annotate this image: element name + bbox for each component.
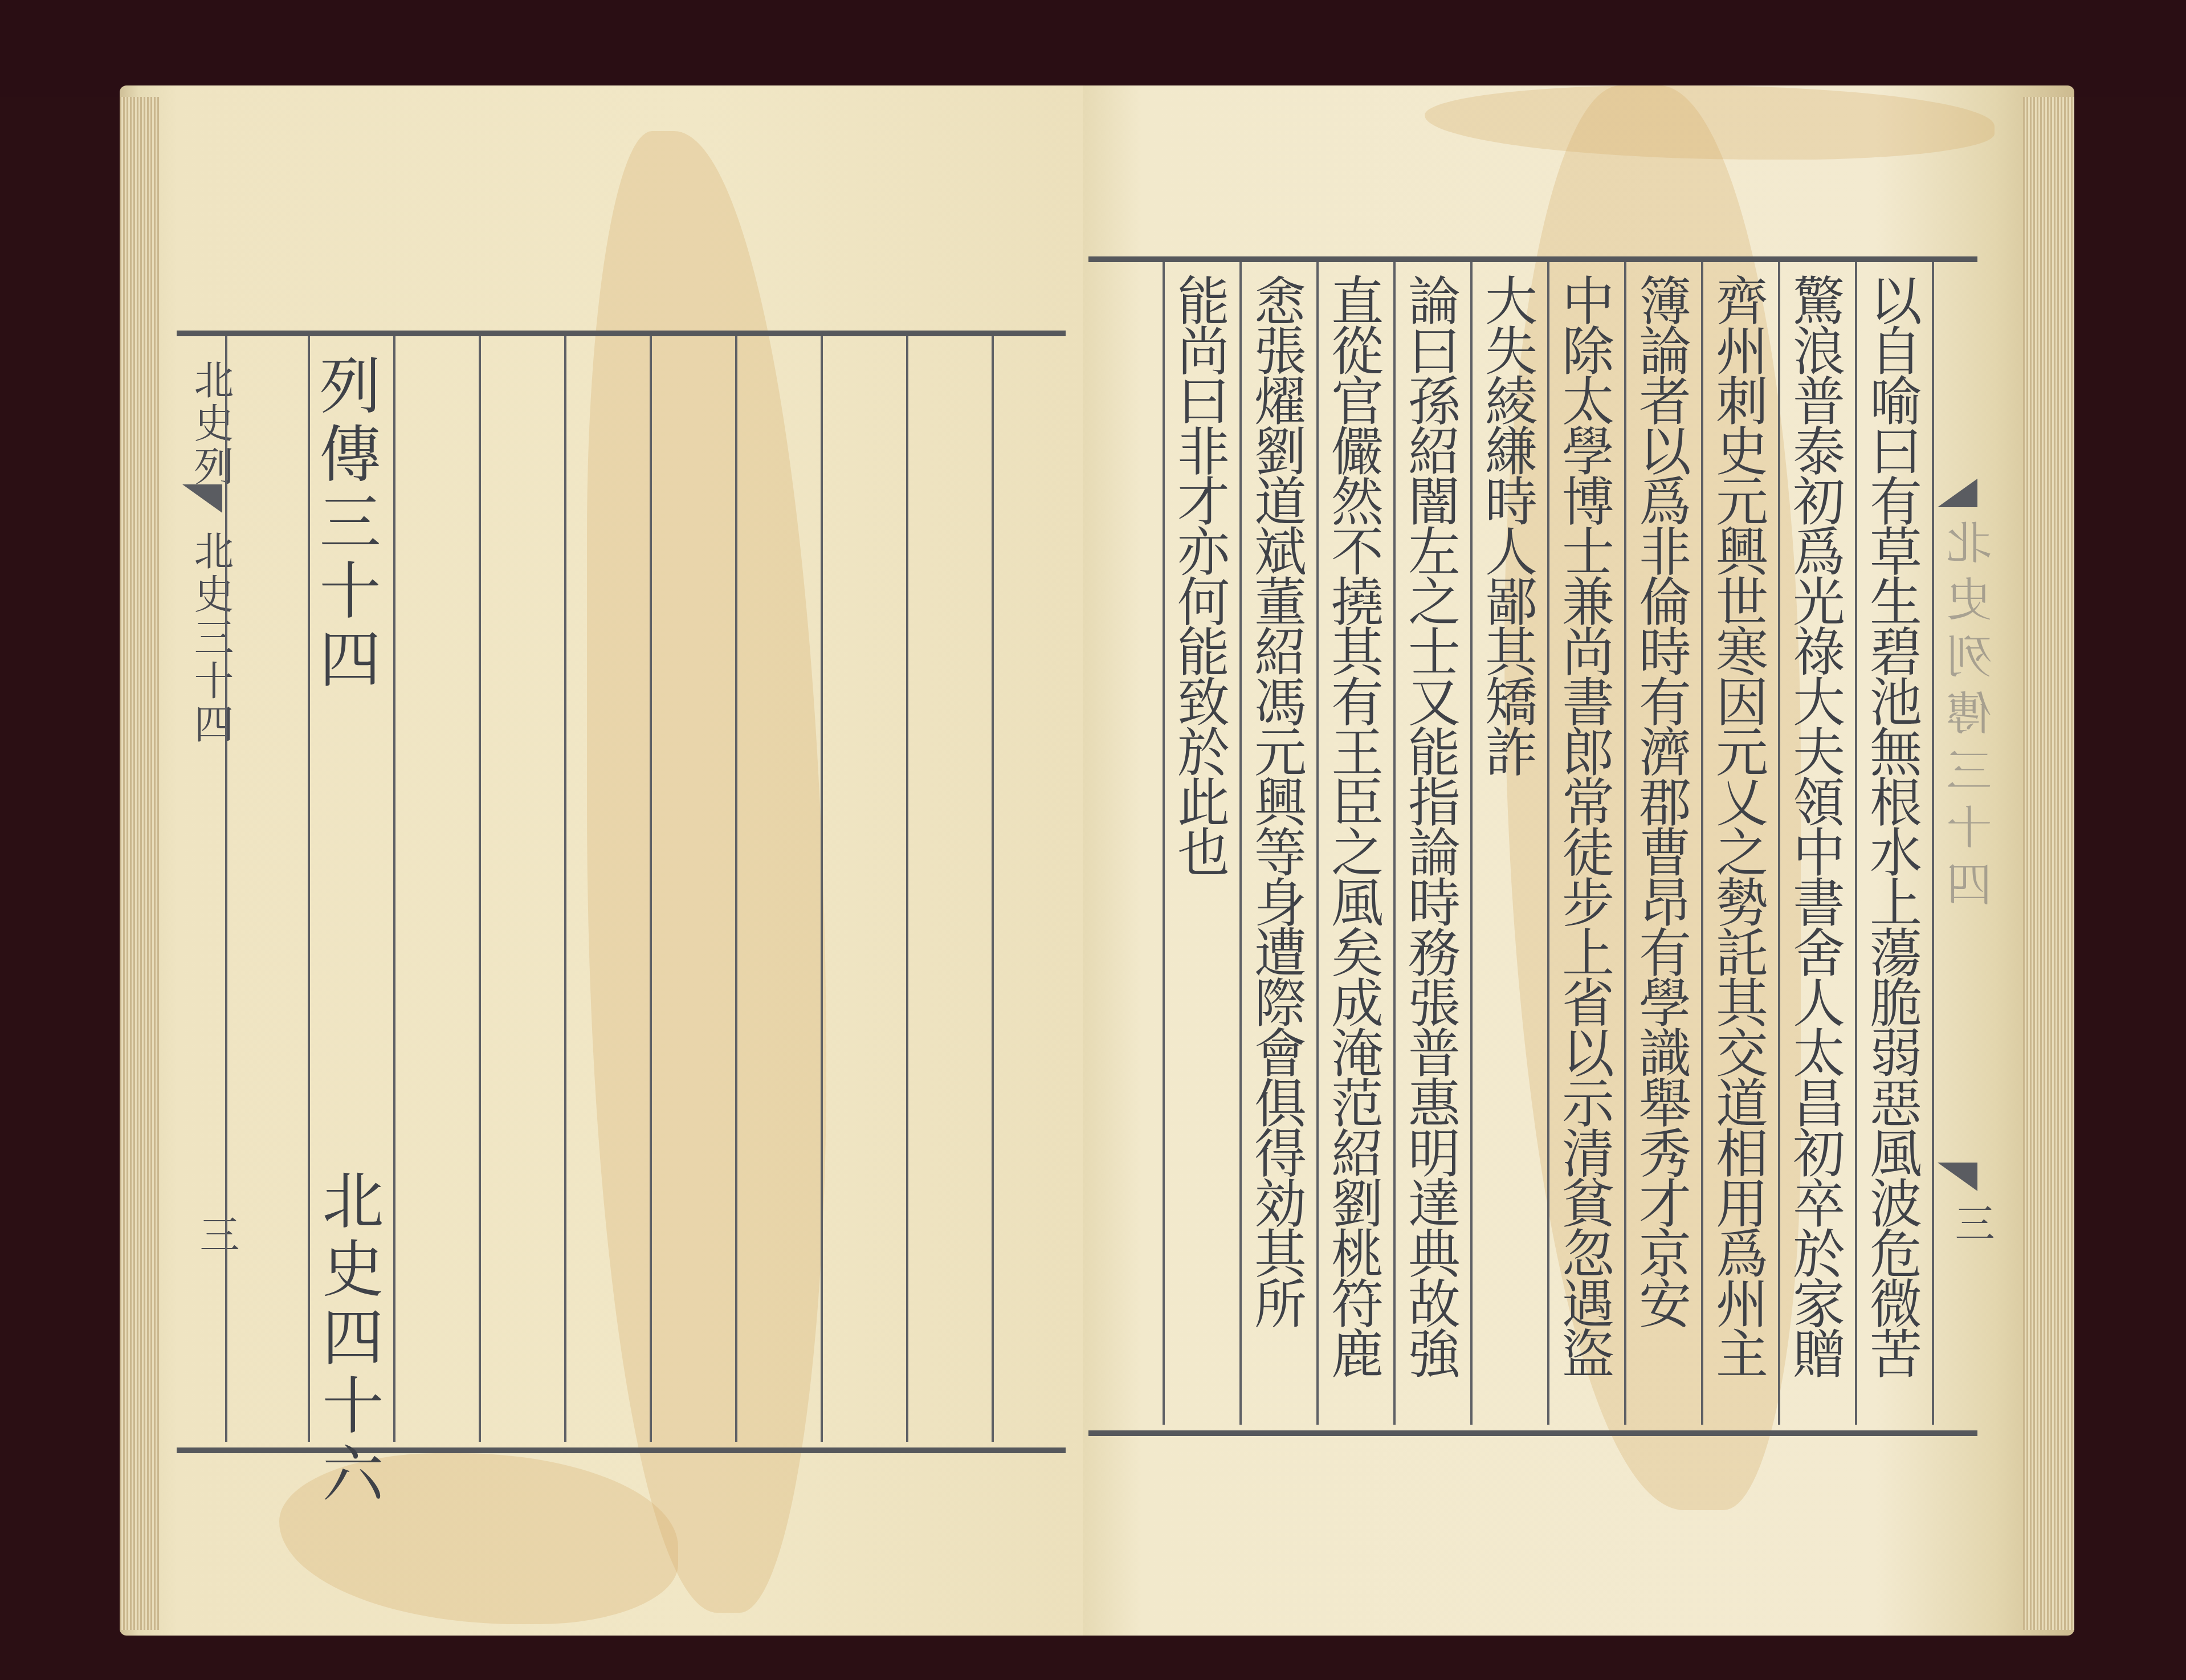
center-margin-bleed-through: 北史列傳三十四 [1940, 519, 2006, 918]
chapter-title-column: 列傳三十四 [313, 353, 375, 695]
right-page: 以自喻曰有草生碧池無根水上蕩脆弱惡風波危微苦 驚浪普泰初爲光祿大夫領中書舍人太昌… [1083, 85, 2074, 1636]
column-rule [1701, 262, 1703, 1425]
page-edges-right [2023, 97, 2074, 1630]
column-rule [1239, 262, 1242, 1425]
column-rule [1778, 262, 1780, 1425]
background-frame [0, 0, 2186, 97]
text-column-10: 能尚曰非才亦何能致於此也 [1173, 274, 1225, 875]
text-column-2: 驚浪普泰初爲光祿大夫領中書舍人太昌初卒於家贈 [1788, 274, 1841, 1377]
center-margin-upper: 北史列 [182, 359, 240, 489]
text-column-3: 齊州刺史元興世寒因元乂之勢託其交道相用爲州主 [1711, 274, 1764, 1377]
folio-number: 三 [1943, 1202, 2001, 1246]
text-column-7: 論曰孫紹闇左之士又能指論時務張普惠明達典故強 [1404, 274, 1456, 1377]
column-rule [1470, 262, 1473, 1425]
text-column-5: 中除太學博士兼尚書郎常徒步上省以示清貧忽遇盜 [1557, 274, 1610, 1377]
column-rule [650, 336, 652, 1442]
fishtail-mark-lower [1938, 1163, 1977, 1191]
column-rule [1855, 262, 1857, 1425]
column-rule [906, 336, 908, 1442]
page-edges-left [120, 97, 160, 1630]
column-rule [393, 336, 395, 1442]
column-rule [992, 336, 994, 1442]
text-column-1: 以自喻曰有草生碧池無根水上蕩脆弱惡風波危微苦 [1865, 274, 1918, 1377]
water-stain [1425, 85, 1995, 160]
column-rule [1316, 262, 1319, 1425]
text-column-9: 悆張燿劉道斌董紹馮元興等身遭際會俱得効其所 [1250, 274, 1302, 1327]
column-rule [1547, 262, 1549, 1425]
column-rule [1163, 262, 1165, 1425]
column-rule [1624, 262, 1626, 1425]
center-margin-lower: 北史三十四 [182, 530, 240, 747]
open-book: 北史列 北史三十四 三 列傳三十四 北史四十六 以自喻曰有草 [120, 85, 2074, 1636]
column-rule [225, 336, 227, 1442]
column-rule [1393, 262, 1396, 1425]
column-rule [735, 336, 737, 1442]
text-column-4: 簿論者以爲非倫時有濟郡曹昂有學識舉秀才京安 [1634, 274, 1687, 1327]
fishtail-mark-upper [1938, 479, 1977, 507]
column-rule [479, 336, 481, 1442]
column-rule [1932, 262, 1934, 1425]
column-rule [821, 336, 823, 1442]
folio-number: 三 [188, 1214, 246, 1257]
column-rule [564, 336, 566, 1442]
closing-title-column: 北史四十六 [316, 1168, 378, 1510]
fishtail-mark-upper [182, 484, 222, 513]
text-column-8: 直從官儼然不撓其有王臣之風矣成淹范紹劉桃符鹿 [1327, 274, 1379, 1377]
left-page: 北史列 北史三十四 三 列傳三十四 北史四十六 [120, 85, 1083, 1636]
text-column-6: 大失綾縑時人鄙其矯詐 [1481, 274, 1533, 775]
